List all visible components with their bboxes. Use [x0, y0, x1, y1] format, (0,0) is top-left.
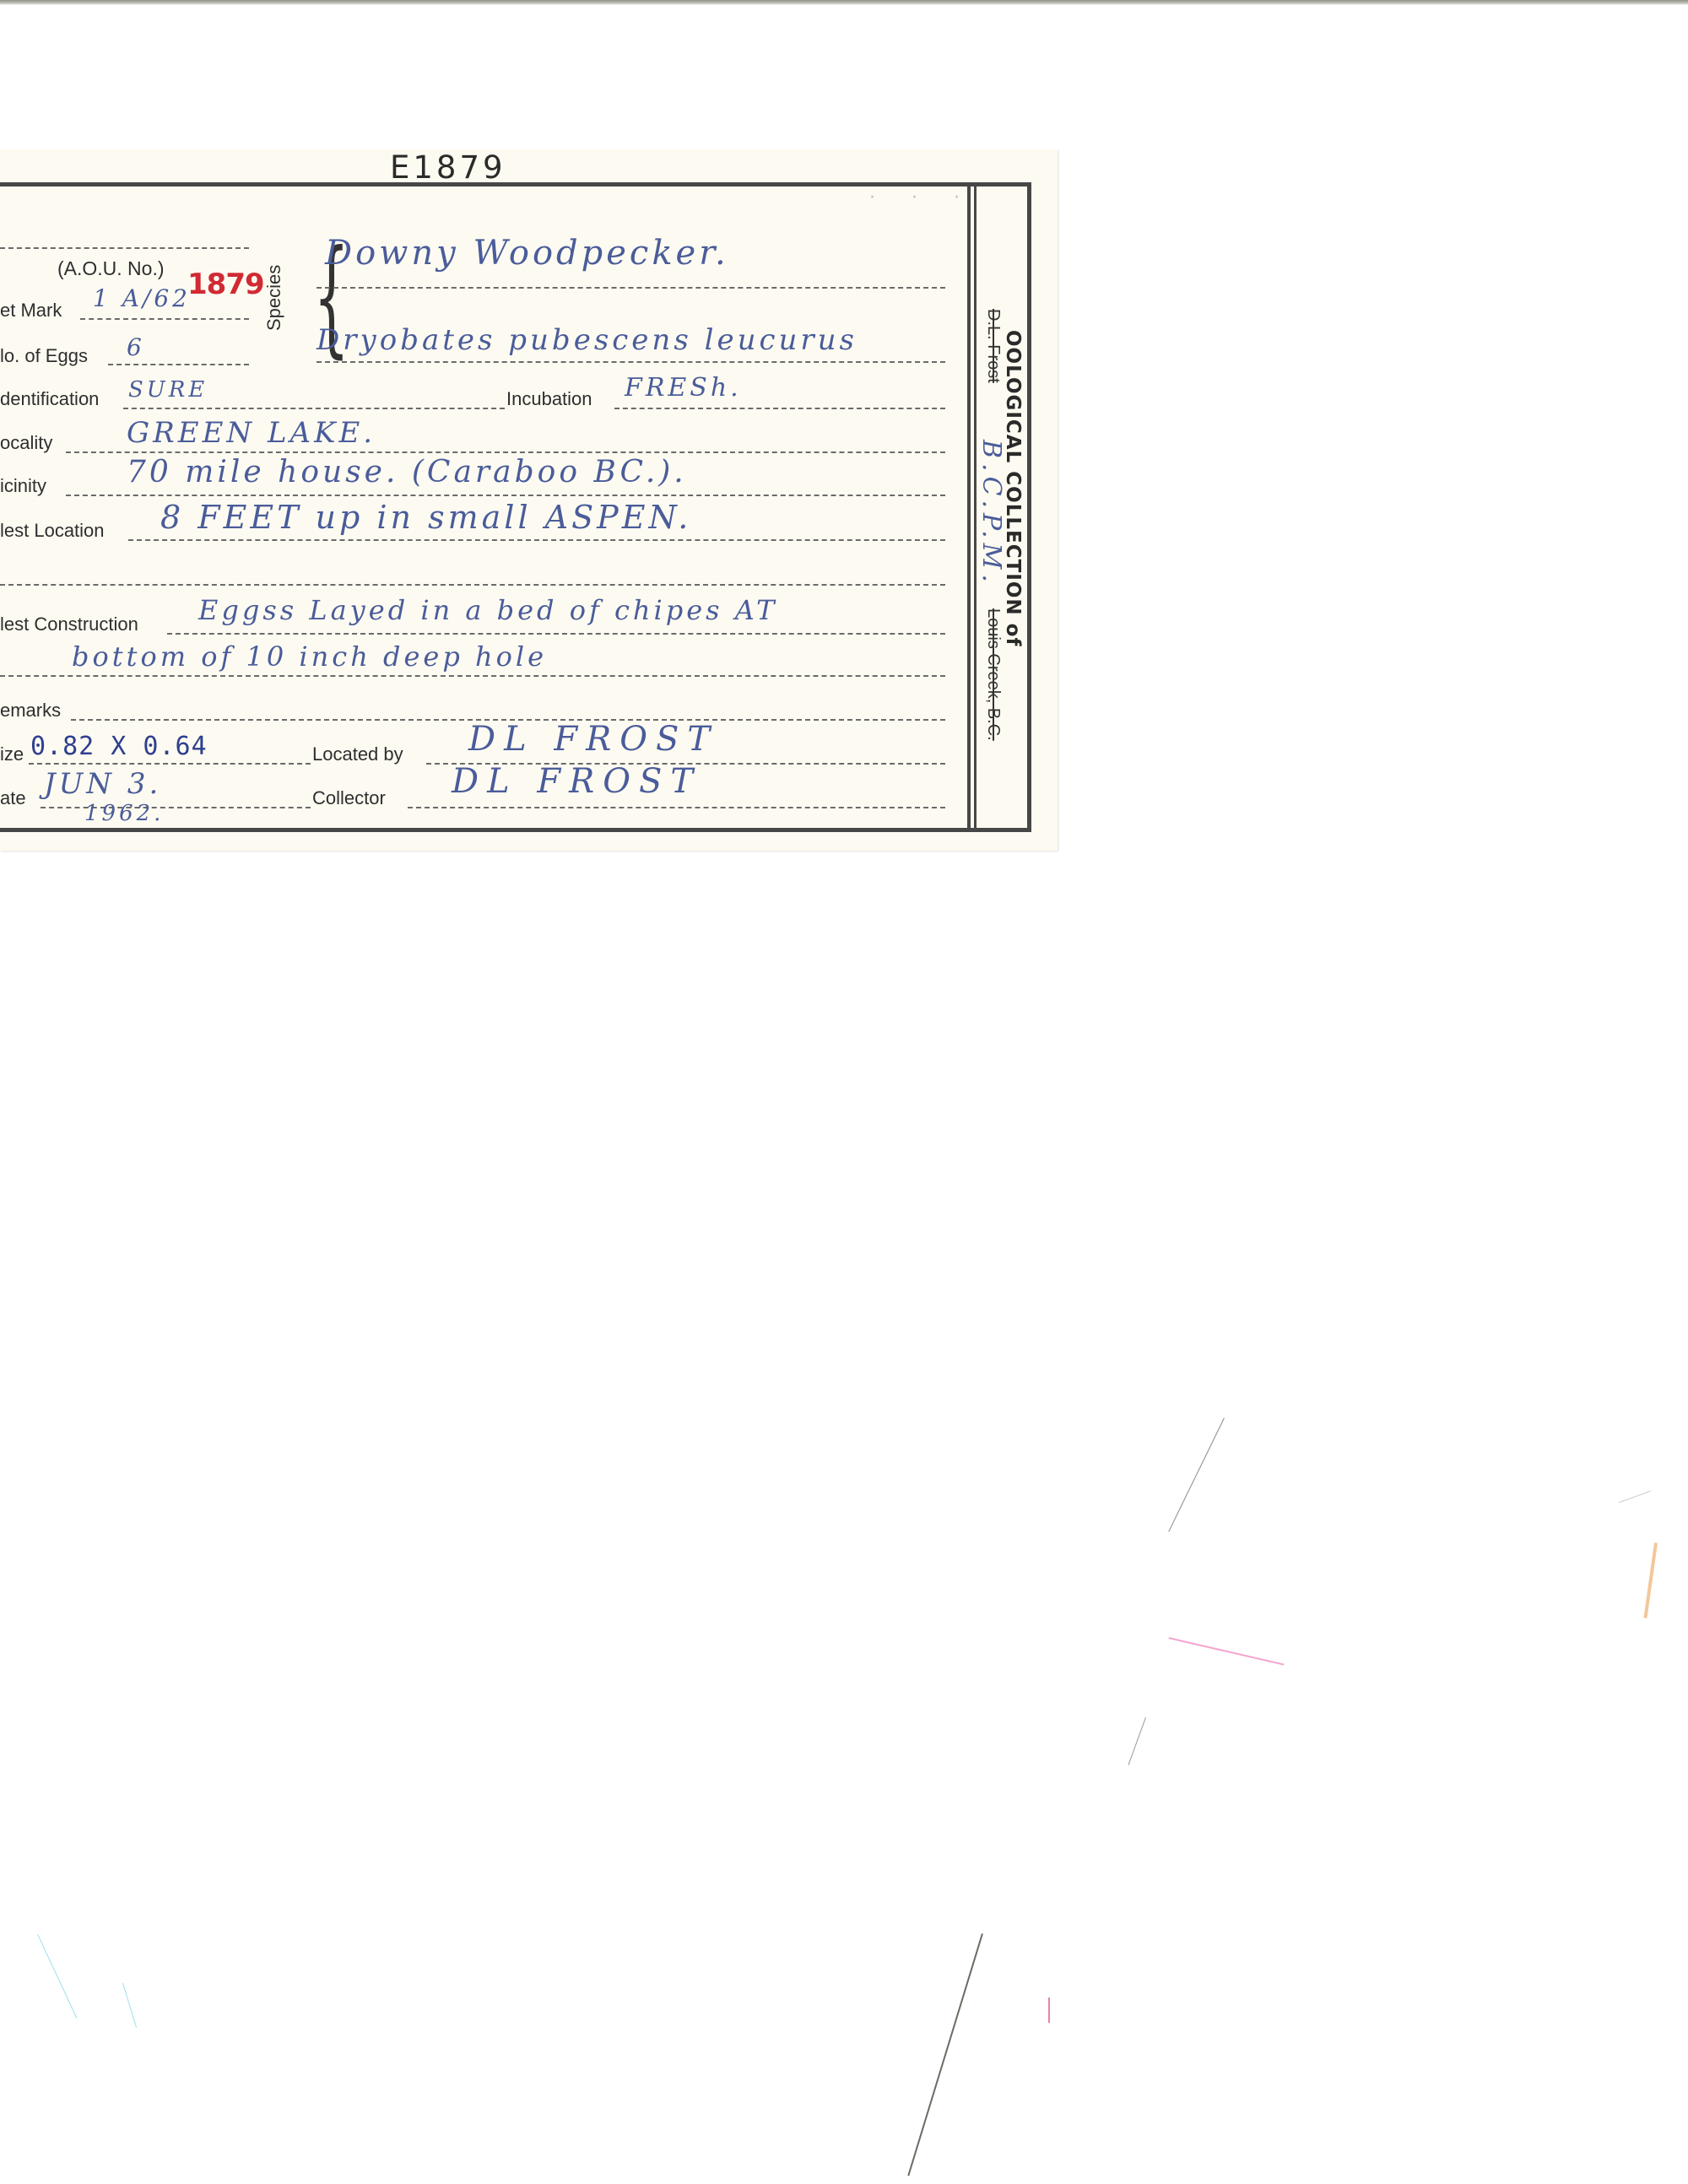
sidebar-divider [967, 182, 971, 832]
locality-value: GREEN LAKE. [127, 416, 376, 450]
nest-location-rule-2 [0, 584, 945, 586]
identification-label: dentification [0, 388, 99, 410]
incubation-label: Incubation [506, 388, 592, 410]
remarks-label: emarks [0, 700, 61, 722]
scan-artifact-line [1168, 1418, 1225, 1532]
scan-artifact-red-mark [1048, 1997, 1050, 2023]
species-rule-2 [316, 361, 945, 363]
catalog-number: E1879 [390, 149, 506, 186]
nest-construction-value-1: Eggss Layed in a bed of chipes AT [198, 594, 777, 626]
species-label: Species [263, 265, 285, 331]
aou-number-stamp: 1879 [187, 268, 264, 301]
oological-data-card: E1879 · · · (A.O.U. No.) 1879 et Mark 1 … [0, 149, 1058, 851]
no-of-eggs-value: 6 [127, 333, 145, 361]
collection-sidebar: OOLOGICAL COLLECTION of D.L. Frost B.C.P… [977, 187, 1027, 828]
locality-label: ocality [0, 432, 52, 454]
scan-artifact-line [907, 1933, 983, 2176]
aou-label: (A.O.U. No.) [57, 257, 165, 280]
size-rule [29, 763, 311, 765]
vicinity-value: 70 mile house. (Caraboo BC.). [127, 455, 687, 489]
species-rule-1 [316, 287, 945, 289]
card-border-right [1027, 182, 1031, 832]
locality-rule [66, 451, 945, 453]
size-label: ize [0, 743, 24, 765]
faded-corner-stamp: · · · [869, 187, 975, 208]
sidebar-original-owner: D.L. Frost [983, 309, 1003, 383]
incubation-value: FRESh. [625, 373, 742, 403]
no-of-eggs-rule [108, 364, 249, 365]
set-mark-value: 1 A/62 [93, 284, 191, 312]
date-value-1: JUN 3. [44, 767, 161, 801]
nest-location-value: 8 FEET up in small ASPEN. [160, 499, 691, 536]
nest-construction-label: lest Construction [0, 614, 138, 635]
species-scientific-name: Dryobates pubescens leucurus [316, 323, 858, 357]
collector-value: DL FROST [452, 762, 701, 801]
nest-construction-value-2: bottom of 10 inch deep hole [72, 641, 547, 673]
collector-label: Collector [312, 787, 386, 809]
date-label: ate [0, 787, 26, 809]
collector-rule [408, 807, 945, 808]
scan-artifact-line [1619, 1490, 1651, 1503]
scanner-edge-band [0, 0, 1688, 5]
species-common-name: Downy Woodpecker. [325, 234, 729, 273]
sidebar-original-place: Louis Creek, B.C. [983, 608, 1003, 741]
aou-rule [0, 247, 249, 249]
no-of-eggs-label: lo. of Eggs [0, 345, 88, 367]
located-by-label: Located by [312, 743, 403, 765]
nest-location-label: lest Location [0, 520, 105, 542]
nest-construction-rule [167, 633, 945, 635]
scan-artifact-cyan-line [37, 1934, 77, 2019]
scan-artifact-orange-smudge [1643, 1543, 1657, 1619]
vicinity-label: icinity [0, 475, 46, 497]
sidebar-handwritten-owner: B.C.P.M. [977, 440, 1006, 587]
card-border-top [0, 182, 1031, 187]
scan-artifact-cyan-line [122, 1983, 137, 2028]
identification-rule [123, 408, 505, 409]
size-value: 0.82 X 0.64 [30, 732, 208, 761]
card-border-bottom [0, 828, 1031, 832]
incubation-rule [614, 408, 945, 409]
located-by-value: DL FROST [468, 720, 718, 759]
nest-location-rule [128, 539, 945, 541]
identification-value: SURE [128, 377, 208, 403]
date-rule [41, 807, 311, 808]
set-mark-rule [80, 318, 249, 320]
set-mark-label: et Mark [0, 300, 62, 322]
nest-construction-rule-2 [0, 675, 945, 677]
vicinity-rule [66, 495, 945, 496]
date-value-2: 1962. [84, 801, 164, 826]
scan-artifact-pink-streak [1169, 1637, 1285, 1665]
scan-artifact-line [1128, 1717, 1145, 1765]
